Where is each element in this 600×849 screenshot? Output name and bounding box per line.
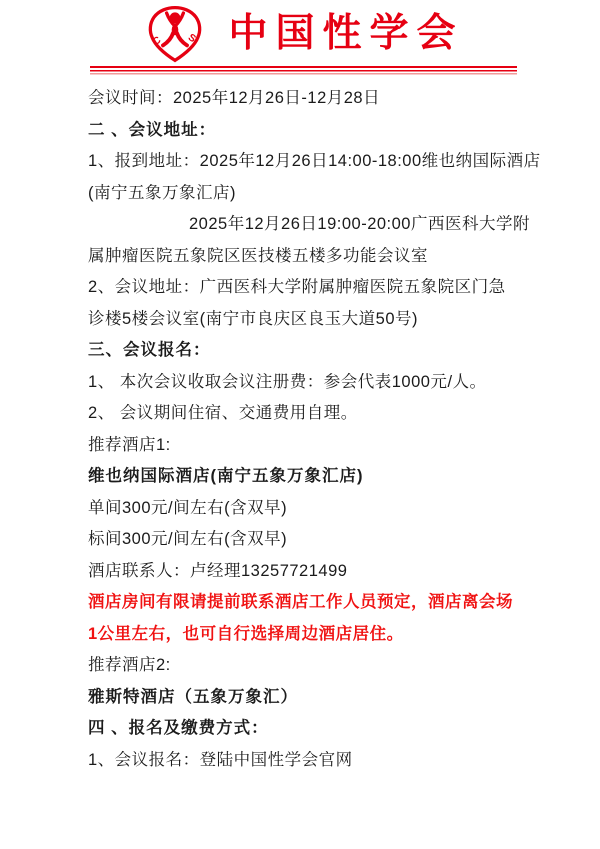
letterhead-divider	[90, 66, 517, 76]
heading-registration: 三、会议报名：	[88, 335, 516, 367]
line-hotel-1-single-price: 单间300元/间左右(含双早)	[88, 493, 516, 525]
line-checkin-address-2: (南宁五象万象汇店)	[88, 178, 516, 210]
line-hotel-1-contact: 酒店联系人：卢经理13257721499	[88, 556, 516, 588]
line-checkin-evening-1: 2025年12月26日19:00-20:00广西医科大学附	[88, 209, 516, 241]
heading-meeting-address: 二 、会议地址：	[88, 115, 516, 147]
line-checkin-address-1: 1、报到地址：2025年12月26日14:00-18:00维也纳国际酒店	[88, 146, 516, 178]
heading-payment-method: 四 、报名及缴费方式：	[88, 713, 516, 745]
line-hotel-booking-notice-1: 酒店房间有限请提前联系酒店工作人员预定，酒店离会场	[88, 587, 516, 619]
line-venue-address-2: 诊楼5楼会议室(南宁市良庆区良玉大道50号)	[88, 304, 516, 336]
line-hotel-booking-notice-2: 1公里左右，也可自行选择周边酒店居住。	[88, 619, 516, 651]
line-hotel-1-name: 维也纳国际酒店(南宁五象万象汇店)	[88, 461, 516, 493]
document-body: 会议时间：2025年12月26日-12月28日 二 、会议地址： 1、报到地址：…	[88, 76, 516, 776]
line-hotel-1-standard-price: 标间300元/间左右(含双早)	[88, 524, 516, 556]
organization-title: 中国性学会	[228, 14, 463, 53]
line-recommended-hotel-1: 推荐酒店1:	[88, 430, 516, 462]
association-logo-icon: C S	[136, 4, 214, 64]
line-hotel-2-name: 雅斯特酒店（五象万象汇）	[88, 682, 516, 714]
line-recommended-hotel-2: 推荐酒店2:	[88, 650, 516, 682]
line-venue-address-1: 2、会议地址：广西医科大学附属肿瘤医院五象院区门急	[88, 272, 516, 304]
line-meeting-time: 会议时间：2025年12月26日-12月28日	[88, 83, 516, 115]
line-expense-note: 2、 会议期间住宿、交通费用自理。	[88, 398, 516, 430]
document-page: C S 中国性学会 会议时间：2025年12月26日-12月28日 二 、会议地…	[0, 0, 600, 849]
line-registration-fee: 1、 本次会议收取会议注册费：参会代表1000元/人。	[88, 367, 516, 399]
line-checkin-evening-2: 属肿瘤医院五象院区医技楼五楼多功能会议室	[88, 241, 516, 273]
letterhead-header: C S 中国性学会	[0, 0, 600, 64]
line-registration-website: 1、会议报名：登陆中国性学会官网	[88, 745, 516, 777]
